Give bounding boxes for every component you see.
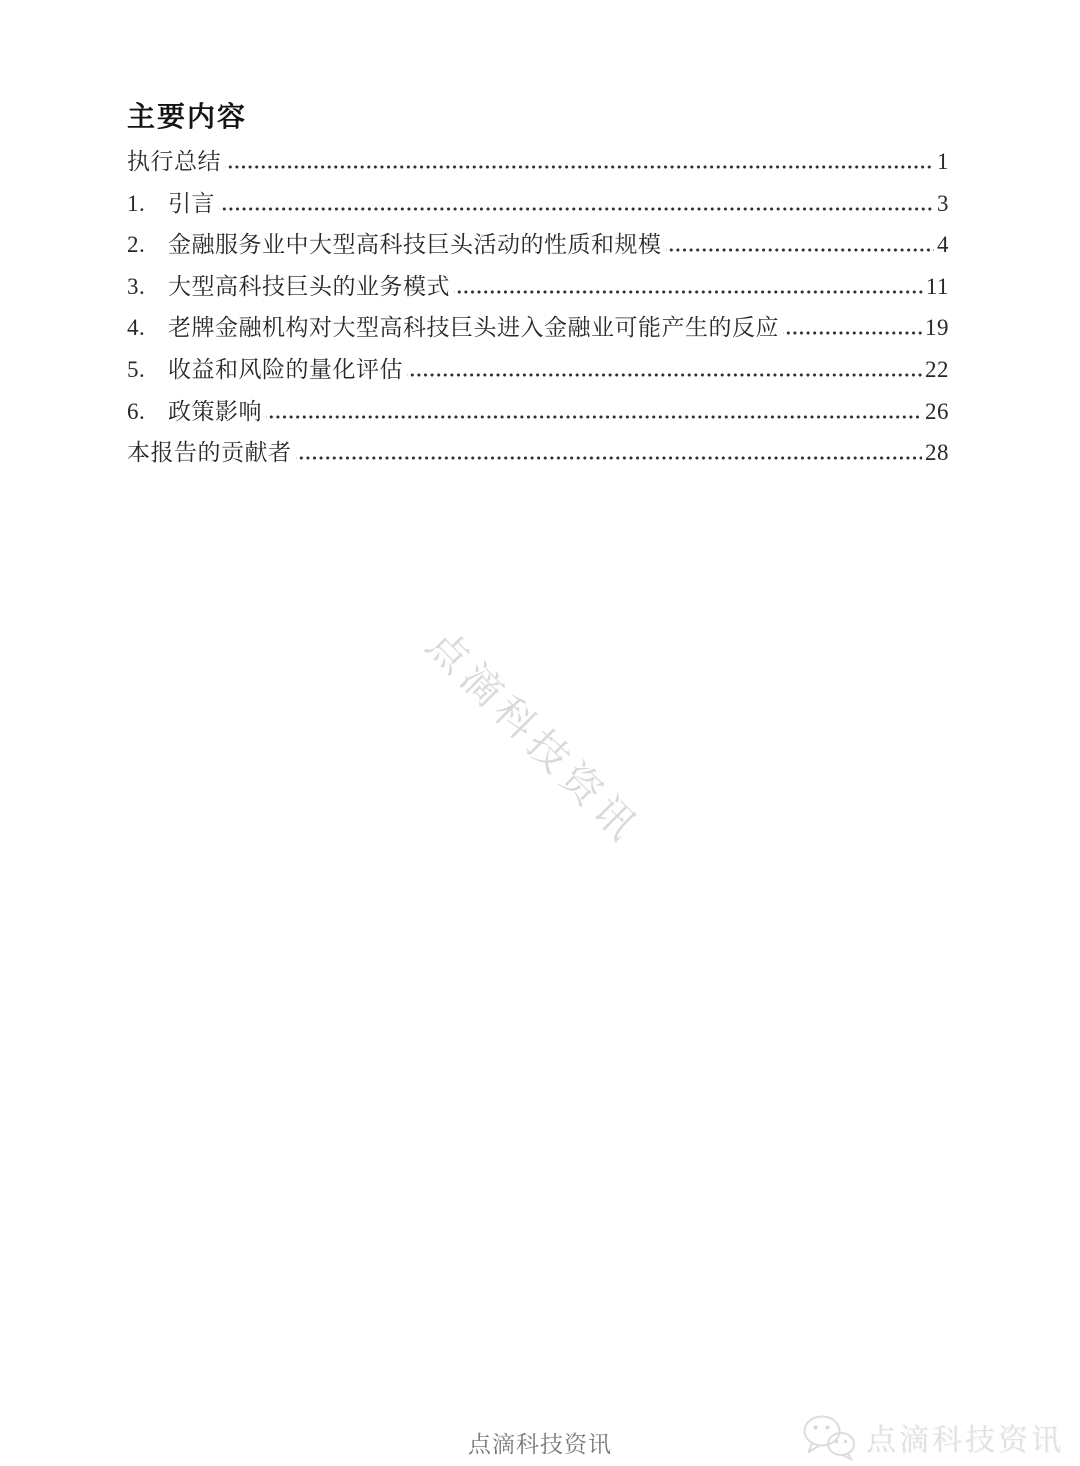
page-title: 主要内容 (127, 95, 247, 135)
toc-entry-introduction[interactable]: 1. 引言 3 (127, 191, 949, 216)
toc-entry-number: 1. (127, 191, 168, 216)
toc-entry-number: 4. (127, 315, 168, 340)
toc-entry-number: 6. (127, 399, 168, 424)
toc-entry-page: 19 (925, 315, 949, 340)
toc-entry-policy-implications[interactable]: 6. 政策影响 26 (127, 399, 949, 424)
toc-entry-page: 3 (937, 191, 949, 216)
toc-entry-page: 28 (925, 440, 949, 465)
toc-entry-executive-summary[interactable]: 执行总结 1 (127, 149, 949, 174)
toc-entry-label: 本报告的贡献者 (127, 440, 292, 465)
toc-leader-dots (454, 275, 923, 294)
toc-entry-page: 1 (937, 149, 949, 174)
document-page: 主要内容 执行总结 1 1. 引言 3 2. 金融服务业中大型高科技巨头活动的性… (0, 0, 1080, 1466)
toc-leader-dots (266, 400, 922, 419)
toc-entry-page: 4 (937, 232, 949, 257)
toc-entry-nature-and-scale[interactable]: 2. 金融服务业中大型高科技巨头活动的性质和规模 4 (127, 232, 949, 257)
toc-entry-page: 22 (925, 357, 949, 382)
toc-entry-business-model[interactable]: 3. 大型高科技巨头的业务模式 11 (127, 274, 949, 299)
toc-entry-incumbent-reaction[interactable]: 4. 老牌金融机构对大型高科技巨头进入金融业可能产生的反应 19 (127, 315, 949, 340)
toc-entry-page: 26 (925, 399, 949, 424)
diagonal-watermark: 点滴科技资讯 (416, 615, 656, 855)
toc-entry-label: 引言 (168, 191, 215, 216)
toc-entry-label: 金融服务业中大型高科技巨头活动的性质和规模 (168, 232, 662, 257)
toc-leader-dots (225, 150, 934, 169)
footer-brand: 点滴科技资讯 (801, 1412, 1064, 1462)
footer-brand-text: 点滴科技资讯 (866, 1415, 1064, 1459)
toc-entry-number: 2. (127, 232, 168, 257)
wechat-logo-icon (801, 1412, 859, 1462)
toc-entry-number: 3. (127, 274, 168, 299)
table-of-contents: 执行总结 1 1. 引言 3 2. 金融服务业中大型高科技巨头活动的性质和规模 … (127, 149, 949, 482)
toc-entry-label: 老牌金融机构对大型高科技巨头进入金融业可能产生的反应 (168, 315, 779, 340)
toc-entry-number: 5. (127, 357, 168, 382)
toc-leader-dots (783, 316, 922, 335)
toc-entry-label: 大型高科技巨头的业务模式 (168, 274, 450, 299)
toc-entry-label: 收益和风险的量化评估 (168, 357, 403, 382)
toc-entry-label: 政策影响 (168, 399, 262, 424)
toc-leader-dots (666, 233, 935, 252)
toc-entry-label: 执行总结 (127, 149, 221, 174)
toc-entry-contributors[interactable]: 本报告的贡献者 28 (127, 440, 949, 465)
toc-entry-benefit-risk-assessment[interactable]: 5. 收益和风险的量化评估 22 (127, 357, 949, 382)
toc-leader-dots (407, 358, 922, 377)
toc-leader-dots (219, 192, 934, 211)
toc-entry-page: 11 (926, 274, 949, 299)
toc-leader-dots (296, 441, 923, 460)
